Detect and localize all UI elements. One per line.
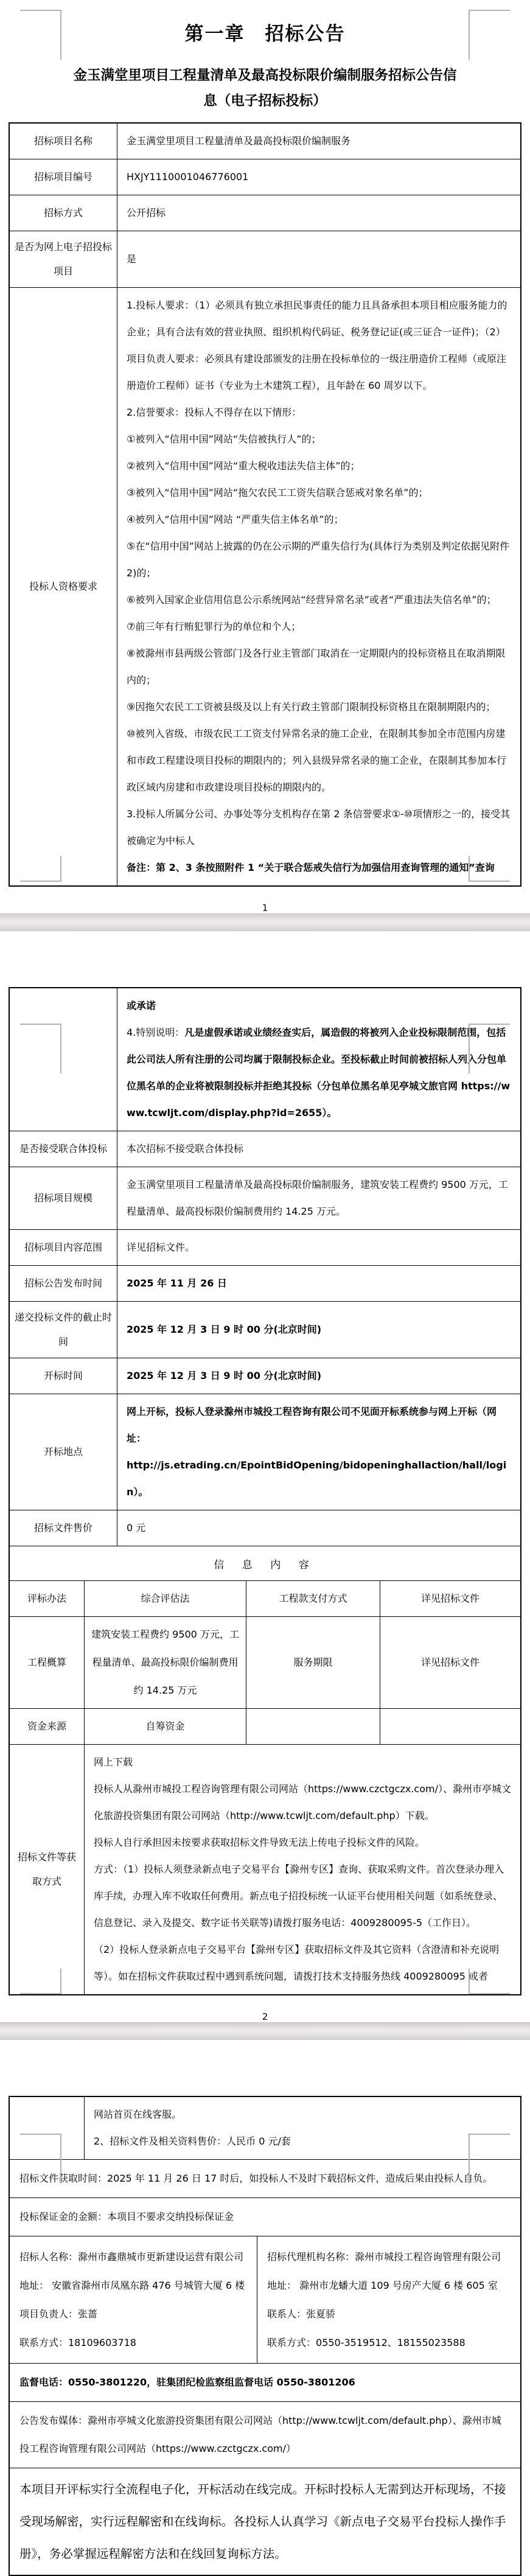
paragraph: 详见招标文件 <box>421 1649 479 1677</box>
text-segment: 网上开标，投标人登录滁州市城投工程咨询有限公司不见面开标系统参与网上开标（网址： <box>127 1406 497 1444</box>
paragraph: 联系人：张夏骄 <box>267 2300 511 2328</box>
row-content: 金玉满堂里项目工程量清单及最高投标限价编制服务，建筑安装工程费约 9500 万元… <box>117 1167 520 1229</box>
table-row: 招标项目内容范围详见招标文件。 <box>10 1229 520 1265</box>
paragraph: 招标代理机构名称：滁州市城投工程咨询管理有限公司 <box>267 2243 511 2271</box>
table-row: 是否为网上电子招投标项目是 <box>10 231 520 287</box>
paragraph: 地址： 安徽省滁州市凤凰东路 476 号城管大厦 6 楼 <box>19 2271 247 2300</box>
paragraph: 2025 年 12 月 3 日 9 时 00 分(北京时间) <box>127 1363 511 1389</box>
paragraph: 综合评估法 <box>141 1585 189 1613</box>
table-cell: 投标保证金的金额：本项目不要求交纳投标保证金 <box>10 2198 520 2236</box>
text-segment: 招标人名称：滁州市鑫鼎城市更新建设运营有限公司 <box>19 2251 243 2263</box>
row-content: 详见招标文件。 <box>117 1230 520 1265</box>
row-content: 公开招标 <box>117 195 520 231</box>
paragraph: 本次招标不接受联合体投标 <box>127 1136 511 1162</box>
paragraph: ⑨因拖欠农民工工资被县级及以上有关行政主管部门限制投标资格且在限制期限内的； <box>127 694 511 721</box>
document-viewer: 第一章 招标公告 金玉满堂里项目工程量清单及最高投标限价编制服务招标公告信息（电… <box>0 0 530 2576</box>
paragraph: 招标文件获取时间：2025 年 11 月 26 日 17 时后，如投标人不及时下… <box>19 2165 511 2193</box>
text-segment: 金玉满堂里项目工程量清单及最高投标限价编制服务，建筑安装工程费约 9500 万元… <box>127 1179 508 1217</box>
page-separator <box>0 2022 530 2040</box>
table-cell: 工程款支付方式 <box>246 1581 380 1616</box>
row-label: 招标项目名称 <box>10 124 117 159</box>
paragraph: 投标人自行承担因未按要求获取招标文件导致无法上传电子投标文件的风险。 <box>94 1829 511 1856</box>
paragraph: ⑧被滁州市县两级公管部门及各行业主管部门取消在一定期限内的投标资格且在取消期限内… <box>127 640 511 694</box>
text-segment: 地址： 安徽省滁州市凤凰东路 476 号城管大厦 6 楼 <box>19 2280 245 2291</box>
table-cell: 资金来源 <box>10 1709 84 1744</box>
paragraph: 公告发布媒体：滁州市亭城文化旅游投资集团有限公司网站（http://www.tc… <box>19 2407 511 2463</box>
paragraph: 2025 年 11 月 26 日 <box>127 1270 511 1297</box>
paragraph: ④被列入“信用中国”网站 “严重失信主体名单”的； <box>127 506 511 533</box>
row-label: 开标时间 <box>10 1358 117 1394</box>
table-cell: 公告发布媒体：滁州市亭城文化旅游投资集团有限公司网站（http://www.tc… <box>10 2402 520 2468</box>
paragraph: 3.投标人所属分公司、办事处等分支机构存在第 2 条信誉要求①-⑩项情形之一的，… <box>127 801 511 854</box>
text-segment: 工程概算 <box>27 1656 66 1668</box>
text-segment: 0 元 <box>127 1522 145 1534</box>
table-row: 招标方式公开招标 <box>10 195 520 231</box>
table-cell <box>380 1709 520 1744</box>
row-label: 是否为网上电子招投标项目 <box>10 231 117 287</box>
paragraph: ⑥被列入国家企业信用信息公示系统网站“经营异常名录”或者“严重违法失信名单”的； <box>127 587 511 613</box>
text-segment: http://js.etrading.cn/EpointBidOpening/b… <box>127 1459 506 1498</box>
row-content: 网上下载投标人从滁州市城投工程咨询管理有限公司网站（https://www.cz… <box>84 1745 520 1994</box>
text-segment: 2025 年 12 月 3 日 9 时 00 分(北京时间) <box>127 1324 321 1335</box>
table-row: 招标公告发布时间2025 年 11 月 26 日 <box>10 1265 520 1301</box>
text-segment: 招标文件获取时间：2025 年 11 月 26 日 17 时后，如投标人不及时下… <box>19 2173 492 2184</box>
paragraph: 项目负责人：张蔷 <box>19 2300 247 2328</box>
paragraph: 或承诺 <box>127 993 511 1019</box>
text-segment: 联系方式：0550-3519512、18155023588 <box>267 2337 465 2348</box>
text-segment: 4.特别说明： <box>127 1027 184 1038</box>
paragraph: 是 <box>127 246 511 273</box>
paragraph: ①被列入“信用中国”网站“失信被执行人”的； <box>127 426 511 453</box>
text-segment: ⑦前三年有行贿犯罪行为的单位和个人； <box>127 621 301 632</box>
table-cell: 招标文件获取时间：2025 年 11 月 26 日 17 时后，如投标人不及时下… <box>10 2160 520 2197</box>
table-row: 递交投标文件的截止时间2025 年 12 月 3 日 9 时 00 分(北京时间… <box>10 1301 520 1358</box>
text-segment: ⑨因拖欠农民工工资被县级及以上有关行政主管部门限制投标资格且在限制期限内的； <box>127 701 495 713</box>
table-cell: 详见招标文件 <box>380 1581 520 1616</box>
page-separator <box>0 913 530 931</box>
row-content: 2025 年 11 月 26 日 <box>117 1266 520 1301</box>
paragraph: 方式：（1）投标人须登录新点电子交易平台【滁州专区】查询、获取采购文件。首次登录… <box>94 1856 511 1936</box>
agency-info-cell: 招标代理机构名称：滁州市城投工程咨询管理有限公司地址： 滁州市龙蟠大道 109 … <box>257 2236 520 2363</box>
paragraph: 网站首页在线客服。 <box>94 2101 511 2128</box>
text-segment: 2、招标文件及相关资料售价：人民币 0 元/套 <box>94 2135 291 2147</box>
text-segment: ④被列入“信用中国”网站 “严重失信主体名单”的； <box>127 514 344 525</box>
row-content: 本次招标不接受联合体投标 <box>117 1131 520 1167</box>
table-row: 网站首页在线客服。2、招标文件及相关资料售价：人民币 0 元/套 <box>10 2097 520 2159</box>
paragraph: 资金来源 <box>27 1712 66 1740</box>
text-segment: 是 <box>127 253 136 265</box>
row-label: 招标方式 <box>10 195 117 231</box>
paragraph: 公开招标 <box>127 200 511 226</box>
page-2: 或承诺4.特别说明：凡是虚假承诺或业绩经查实后，属造假的将被列入企业投标限制范围… <box>0 987 530 2022</box>
text-segment: 或承诺 <box>127 1000 156 1011</box>
row-label: 招标项目规模 <box>10 1167 117 1229</box>
paragraph: 4.特别说明：凡是虚假承诺或业绩经查实后，属造假的将被列入企业投标限制范围，包括… <box>127 1019 511 1126</box>
paragraph: ⑩被列入省级、市级农民工工资支付异常名录的施工企业，在限制其参加全市范围内房建和… <box>127 721 511 801</box>
paragraph: 网上下载 <box>94 1749 511 1776</box>
text-segment: 联系方式：18109603718 <box>19 2337 136 2348</box>
paragraph: 评标办法 <box>27 1585 66 1613</box>
row-label: 投标人资格要求 <box>10 288 117 885</box>
table-row: 评标办法综合评估法工程款支付方式详见招标文件 <box>10 1580 520 1616</box>
page-number: 1 <box>0 902 530 913</box>
paragraph: 0 元 <box>127 1515 511 1541</box>
text-segment: 自筹资金 <box>145 1720 184 1732</box>
paragraph: 联系方式：0550-3519512、18155023588 <box>267 2328 511 2357</box>
table-row: 本项目开评标实行全流程电子化，开标活动在线完成。开标时投标人无需到达开标现场，不… <box>10 2468 520 2575</box>
row-label: 招标文件等获取方式 <box>10 1745 84 1994</box>
page3-table: 网站首页在线客服。2、招标文件及相关资料售价：人民币 0 元/套招标文件获取时间… <box>9 2096 521 2576</box>
table-row: 公告发布媒体：滁州市亭城文化旅游投资集团有限公司网站（http://www.tc… <box>10 2401 520 2468</box>
text-segment: 建筑安装工程费约 9500 万元，工程量清单、最高投标限价编制费用约 14.25… <box>91 1628 239 1696</box>
row-label: 是否接受联合体投标 <box>10 1131 117 1167</box>
row-content: 2025 年 12 月 3 日 9 时 00 分(北京时间) <box>117 1358 520 1394</box>
paragraph: ②被列入“信用中国”网站“重大税收违法失信主体”的； <box>127 453 511 480</box>
text-segment: 网站首页在线客服。 <box>94 2109 181 2120</box>
table-row: 是否接受联合体投标本次招标不接受联合体投标 <box>10 1131 520 1167</box>
section-header: 信 息 内 容 <box>10 1546 520 1580</box>
text-segment: 投标人从滁州市城投工程咨询管理有限公司网站（https://www.czctgc… <box>94 1783 511 1821</box>
paragraph: ⑤在“信用中国”网站上披露的仍在公示期的严重失信行为(具体行为类别及判定依据见附… <box>127 533 511 587</box>
text-segment: （2）投标人登录新点电子交易平台【滁州专区】获取招标文件及其它资料（含澄清和补充… <box>94 1944 499 1982</box>
text-segment: ⑤在“信用中国”网站上披露的仍在公示期的严重失信行为(具体行为类别及判定依据见附… <box>127 540 509 579</box>
text-segment: 投标保证金的金额：本项目不要求交纳投标保证金 <box>19 2211 234 2222</box>
text-segment: 详见招标文件。 <box>127 1241 195 1253</box>
text-segment: 2025 年 11 月 26 日 <box>127 1277 227 1289</box>
text-segment: 3.投标人所属分公司、办事处等分支机构存在第 2 条信誉要求①-⑩项情形之一的，… <box>127 808 510 846</box>
text-segment: 2.信誉要求：投标人不得存在以下情形： <box>127 407 301 418</box>
paragraph: 投标人从滁州市城投工程咨询管理有限公司网站（https://www.czctgc… <box>94 1776 511 1829</box>
row-label <box>10 2097 84 2159</box>
text-segment: 详见招标文件 <box>421 1593 479 1604</box>
text-segment: 2025 年 12 月 3 日 9 时 00 分(北京时间) <box>127 1370 321 1381</box>
paragraph: 工程概算 <box>27 1649 66 1677</box>
paragraph: 1.投标人要求：（1）必须具有独立承担民事责任的能力且具备承担本项目相应服务能力… <box>127 292 511 399</box>
table-cell: 自筹资金 <box>84 1709 246 1744</box>
row-content: 网上开标，投标人登录滁州市城投工程咨询有限公司不见面开标系统参与网上开标（网址：… <box>117 1394 520 1510</box>
table-cell: 服务期限 <box>246 1617 380 1708</box>
text-segment: 评标办法 <box>27 1593 66 1604</box>
text-segment: 资金来源 <box>27 1720 66 1732</box>
row-label: 招标文件售价 <box>10 1510 117 1546</box>
row-label: 招标项目内容范围 <box>10 1230 117 1265</box>
row-label: 招标项目编号 <box>10 159 117 195</box>
paragraph: 2025 年 12 月 3 日 9 时 00 分(北京时间) <box>127 1316 511 1343</box>
table-row: 信 息 内 容 <box>10 1546 520 1580</box>
row-label <box>10 988 117 1131</box>
text-segment: 公开招标 <box>127 207 166 218</box>
paragraph: 网上开标，投标人登录滁州市城投工程咨询有限公司不见面开标系统参与网上开标（网址： <box>127 1398 511 1452</box>
paragraph: 本项目开评标实行全流程电子化，开标活动在线完成。开标时投标人无需到达开标现场，不… <box>19 2473 511 2570</box>
row-content: 网站首页在线客服。2、招标文件及相关资料售价：人民币 0 元/套 <box>84 2097 520 2159</box>
row-content: 1.投标人要求：（1）必须具有独立承担民事责任的能力且具备承担本项目相应服务能力… <box>117 288 520 885</box>
paragraph: 招标人名称：滁州市鑫鼎城市更新建设运营有限公司 <box>19 2243 247 2271</box>
table-row: 工程概算建筑安装工程费约 9500 万元，工程量清单、最高投标限价编制费用约 1… <box>10 1616 520 1708</box>
row-content: HXJY1110001046776001 <box>117 159 520 195</box>
text-segment: ⑩被列入省级、市级农民工工资支付异常名录的施工企业，在限制其参加全市范围内房建和… <box>127 728 506 793</box>
page1-table: 招标项目名称金玉满堂里项目工程量清单及最高投标限价编制服务招标项目编号HXJY1… <box>9 122 521 887</box>
text-segment: 方式：（1）投标人须登录新点电子交易平台【滁州专区】查询、获取采购文件。首次登录… <box>94 1863 504 1929</box>
table-row: 监督电话：0550-3801220，驻集团纪检监察组监督电话 0550-3801… <box>10 2363 520 2401</box>
tenderer-info-cell: 招标人名称：滁州市鑫鼎城市更新建设运营有限公司地址： 安徽省滁州市凤凰东路 47… <box>10 2236 257 2363</box>
text-segment: 本项目开评标实行全流程电子化，开标活动在线完成。开标时投标人无需到达开标现场，不… <box>19 2482 506 2561</box>
chapter-title: 第一章 招标公告 <box>0 0 530 46</box>
table-cell: 工程概算 <box>10 1617 84 1708</box>
paragraph: 详见招标文件 <box>421 1585 479 1613</box>
text-segment: ⑧被滁州市县两级公管部门及各行业主管部门取消在一定期限内的投标资格且在取消期限内… <box>127 647 505 686</box>
paragraph: （2）投标人登录新点电子交易平台【滁州专区】获取招标文件及其它资料（含澄清和补充… <box>94 1936 511 1990</box>
text-segment: 公告发布媒体：滁州市亭城文化旅游投资集团有限公司网站（http://www.tc… <box>19 2415 501 2454</box>
text-segment: 工程款支付方式 <box>279 1593 347 1604</box>
table-row: 招标项目名称金玉满堂里项目工程量清单及最高投标限价编制服务 <box>10 124 520 159</box>
row-content: 是 <box>117 231 520 287</box>
text-segment: 凡是虚假承诺或业绩经查实后，属造假的将被列入企业投标限制范围，包括此公司法人所有… <box>127 1027 510 1119</box>
paragraph: 详见招标文件。 <box>127 1234 511 1261</box>
page2-table: 或承诺4.特别说明：凡是虚假承诺或业绩经查实后，属造假的将被列入企业投标限制范围… <box>9 987 521 1995</box>
row-content: 或承诺4.特别说明：凡是虚假承诺或业绩经查实后，属造假的将被列入企业投标限制范围… <box>117 988 520 1131</box>
table-row: 招标项目规模金玉满堂里项目工程量清单及最高投标限价编制服务，建筑安装工程费约 9… <box>10 1167 520 1229</box>
text-segment: 备注：第 2、3 条按照附件 1 “关于联合惩戒失信行为加强信用查询管理的通知”… <box>127 862 495 873</box>
table-row: 或承诺4.特别说明：凡是虚假承诺或业绩经查实后，属造假的将被列入企业投标限制范围… <box>10 988 520 1131</box>
table-row: 投标保证金的金额：本项目不要求交纳投标保证金 <box>10 2197 520 2236</box>
table-row: 招标人名称：滁州市鑫鼎城市更新建设运营有限公司地址： 安徽省滁州市凤凰东路 47… <box>10 2236 520 2363</box>
paragraph: 监督电话：0550-3801220，驻集团纪检监察组监督电话 0550-3801… <box>19 2368 511 2396</box>
paragraph: ⑦前三年有行贿犯罪行为的单位和个人； <box>127 613 511 640</box>
table-row: 招标文件等获取方式网上下载投标人从滁州市城投工程咨询管理有限公司网站（https… <box>10 1744 520 1994</box>
table-cell: 综合评估法 <box>84 1581 246 1616</box>
row-content: 0 元 <box>117 1510 520 1546</box>
row-label: 开标地点 <box>10 1394 117 1510</box>
table-row: 招标项目编号HXJY1110001046776001 <box>10 159 520 195</box>
paragraph: 2、招标文件及相关资料售价：人民币 0 元/套 <box>94 2128 511 2155</box>
paragraph: http://js.etrading.cn/EpointBidOpening/b… <box>127 1452 511 1506</box>
text-segment: 综合评估法 <box>141 1593 189 1604</box>
table-row: 资金来源自筹资金 <box>10 1708 520 1744</box>
paragraph: 工程款支付方式 <box>279 1585 347 1613</box>
text-segment: 金玉满堂里项目工程量清单及最高投标限价编制服务 <box>127 135 350 147</box>
paragraph: 联系方式：18109603718 <box>19 2328 247 2357</box>
text-segment: ①被列入“信用中国”网站“失信被执行人”的； <box>127 433 321 445</box>
paragraph: HXJY1110001046776001 <box>127 164 511 190</box>
text-segment: 投标人自行承担因未按要求获取招标文件导致无法上传电子投标文件的风险。 <box>94 1837 425 1848</box>
table-row: 开标地点网上开标，投标人登录滁州市城投工程咨询有限公司不见面开标系统参与网上开标… <box>10 1394 520 1510</box>
text-segment: 监督电话：0550-3801220，驻集团纪检监察组监督电话 0550-3801… <box>19 2376 355 2388</box>
text-segment: ③被列入“信用中国”网站“拖欠农民工工资失信联合惩戒对象名单”的； <box>127 487 428 498</box>
text-segment: 招标代理机构名称：滁州市城投工程咨询管理有限公司 <box>267 2251 501 2263</box>
text-segment: 1.投标人要求：（1）必须具有独立承担民事责任的能力且具备承担本项目相应服务能力… <box>127 299 507 391</box>
table-row: 投标人资格要求1.投标人要求：（1）必须具有独立承担民事责任的能力且具备承担本项… <box>10 287 520 885</box>
page-3: 网站首页在线客服。2、招标文件及相关资料售价：人民币 0 元/套招标文件获取时间… <box>0 2096 530 2576</box>
paragraph: 建筑安装工程费约 9500 万元，工程量清单、最高投标限价编制费用约 14.25… <box>89 1621 241 1705</box>
row-content: 2025 年 12 月 3 日 9 时 00 分(北京时间) <box>117 1302 520 1358</box>
paragraph: 自筹资金 <box>145 1712 184 1740</box>
row-label: 招标公告发布时间 <box>10 1266 117 1301</box>
row-content: 金玉满堂里项目工程量清单及最高投标限价编制服务 <box>117 124 520 159</box>
table-cell: 评标办法 <box>10 1581 84 1616</box>
table-cell <box>246 1709 380 1744</box>
paragraph: 2.信誉要求：投标人不得存在以下情形： <box>127 399 511 426</box>
table-row: 招标文件售价0 元 <box>10 1510 520 1546</box>
table-cell: 本项目开评标实行全流程电子化，开标活动在线完成。开标时投标人无需到达开标现场，不… <box>10 2468 520 2575</box>
paragraph: ③被列入“信用中国”网站“拖欠农民工工资失信联合惩戒对象名单”的； <box>127 480 511 506</box>
text-segment: 网上下载 <box>94 1756 133 1768</box>
text-segment: 本次招标不接受联合体投标 <box>127 1143 243 1154</box>
paragraph: 金玉满堂里项目工程量清单及最高投标限价编制服务 <box>127 128 511 155</box>
row-label: 递交投标文件的截止时间 <box>10 1302 117 1358</box>
text-segment: ⑥被列入国家企业信用信息公示系统网站“经营异常名录”或者“严重违法失信名单”的； <box>127 594 497 606</box>
text-segment: 服务期限 <box>293 1656 332 1668</box>
text-segment: 地址： 滁州市龙蟠大道 109 号房产大厦 6 楼 605 室 <box>267 2280 498 2291</box>
text-segment: ②被列入“信用中国”网站“重大税收违法失信主体”的； <box>127 460 360 472</box>
text-segment: 详见招标文件 <box>421 1656 479 1668</box>
paragraph: 备注：第 2、3 条按照附件 1 “关于联合惩戒失信行为加强信用查询管理的通知”… <box>127 854 511 881</box>
paragraph: 投标保证金的金额：本项目不要求交纳投标保证金 <box>19 2203 511 2231</box>
table-row: 招标文件获取时间：2025 年 11 月 26 日 17 时后，如投标人不及时下… <box>10 2159 520 2197</box>
page-number: 2 <box>0 2011 530 2022</box>
table-row: 开标时间2025 年 12 月 3 日 9 时 00 分(北京时间) <box>10 1358 520 1394</box>
table-cell: 建筑安装工程费约 9500 万元，工程量清单、最高投标限价编制费用约 14.25… <box>84 1617 246 1708</box>
page-1: 第一章 招标公告 金玉满堂里项目工程量清单及最高投标限价编制服务招标公告信息（电… <box>0 0 530 913</box>
paragraph: 金玉满堂里项目工程量清单及最高投标限价编制服务，建筑安装工程费约 9500 万元… <box>127 1171 511 1225</box>
paragraph: 服务期限 <box>293 1649 332 1677</box>
paragraph: 地址： 滁州市龙蟠大道 109 号房产大厦 6 楼 605 室 <box>267 2271 511 2300</box>
text-segment: 项目负责人：张蔷 <box>19 2308 97 2320</box>
table-cell: 监督电话：0550-3801220，驻集团纪检监察组监督电话 0550-3801… <box>10 2364 520 2401</box>
announcement-title: 金玉满堂里项目工程量清单及最高投标限价编制服务招标公告信息（电子招标投标） <box>71 63 460 114</box>
table-cell: 详见招标文件 <box>380 1617 520 1708</box>
text-segment: HXJY1110001046776001 <box>127 171 248 183</box>
text-segment: 联系人：张夏骄 <box>267 2308 335 2320</box>
